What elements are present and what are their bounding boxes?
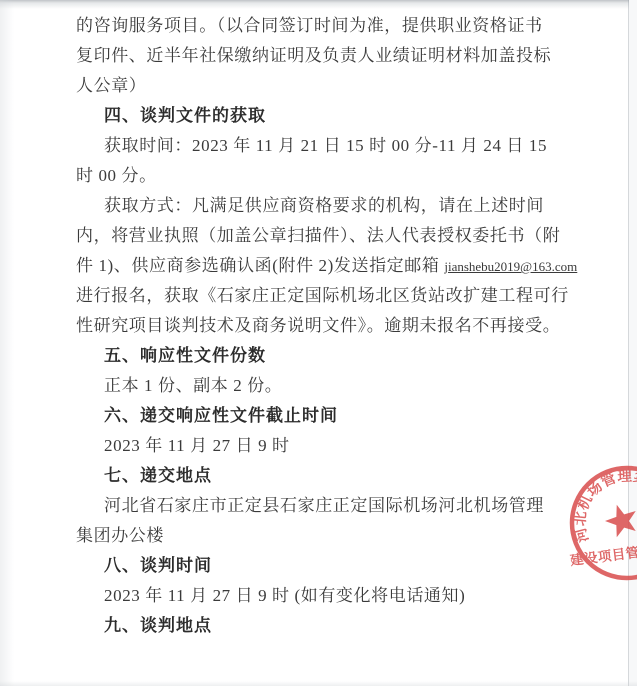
text-line: 获取时间：2023 年 11 月 21 日 15 时 00 分-11 月 24 … [76,131,596,161]
text-line: 获取方式：凡满足供应商资格要求的机构，请在上述时间 [76,191,596,221]
company-seal: 河北机场管理集团 建设项目管理 [542,438,637,608]
text-line: 2023 年 11 月 27 日 9 时 [76,431,596,461]
section-heading-8: 八、谈判时间 [76,551,596,581]
section-heading-5: 五、响应性文件份数 [76,341,596,371]
scan-edge-left [0,0,14,686]
text-line: 的咨询服务项目。（以合同签订时间为准，提供职业资格证书 [76,11,596,41]
section-heading-6: 六、递交响应性文件截止时间 [76,401,596,431]
text-line: 进行报名，获取《石家庄正定国际机场北区货站改扩建工程可行 [76,281,596,311]
text-line: 2023 年 11 月 27 日 9 时 (如有变化将电话通知) [76,581,596,611]
section-heading-9: 九、谈判地点 [76,611,596,641]
text-line: 正本 1 份、副本 2 份。 [76,371,596,401]
section-heading-4: 四、谈判文件的获取 [76,101,596,131]
text-line: 人公章） [76,71,596,101]
section-heading-7: 七、递交地点 [76,461,596,491]
text-line: 河北省石家庄市正定县石家庄正定国际机场河北机场管理 [76,491,596,521]
scan-edge-bottom [0,681,637,686]
document-body: 的咨询服务项目。（以合同签订时间为准，提供职业资格证书 复印件、近半年社保缴纳证… [76,11,596,641]
scanned-document-page: 的咨询服务项目。（以合同签订时间为准，提供职业资格证书 复印件、近半年社保缴纳证… [0,0,637,686]
svg-text:河北机场管理集团: 河北机场管理集团 [571,467,637,544]
text-segment: 件 1)、供应商参选确认函(附件 2)发送指定邮箱 [76,256,444,275]
text-line: 集团办公楼 [76,521,596,551]
scan-edge-top [0,0,637,10]
seal-arc-text: 河北机场管理集团 [571,467,637,544]
text-line: 性研究项目谈判技术及商务说明文件》。逾期未报名不再接受。 [76,311,596,341]
text-line: 复印件、近半年社保缴纳证明及负责人业绩证明材料加盖投标 [76,41,596,71]
text-line: 时 00 分。 [76,161,596,191]
star-icon [605,505,636,537]
text-line: 件 1)、供应商参选确认函(附件 2)发送指定邮箱 jianshebu2019@… [76,251,596,281]
text-line: 内，将营业执照（加盖公章扫描件）、法人代表授权委托书（附 [76,221,596,251]
email-address: jianshebu2019@163.com [444,259,577,274]
